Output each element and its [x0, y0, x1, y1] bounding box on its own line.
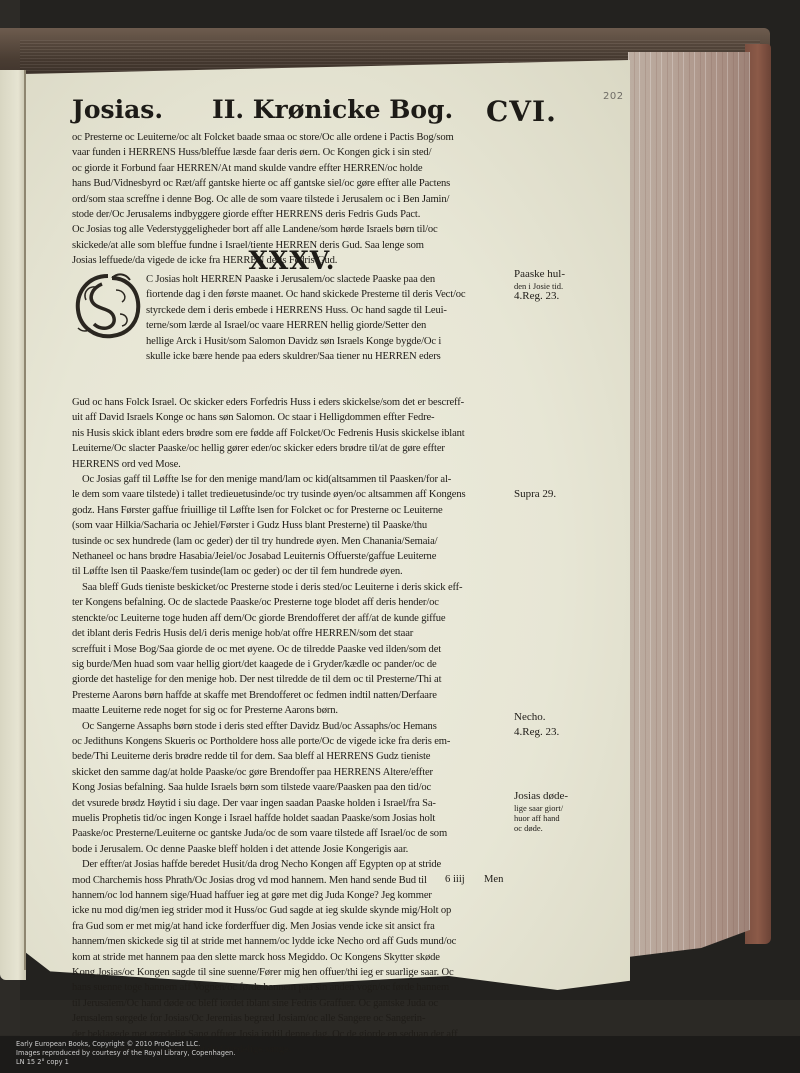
text-line: Presterne Aarons børn haffde at skaffe m… [72, 688, 512, 703]
margin-note-line: huor aff hand [514, 813, 568, 823]
text-line: terne/som lærde al Israel/oc vaare HERRE… [146, 318, 512, 333]
text-line: hans suenne toge hannem aff Vognen/oc fø… [72, 980, 512, 995]
margin-note-line: Supra 29. [514, 488, 556, 500]
text-line: giorde det hastelige for den menige hob.… [72, 672, 512, 687]
margin-note: Paaske hul-den i Josie tid. [514, 268, 565, 291]
text-line: bede/Thi Leuiterne deris brødre redde ti… [72, 749, 512, 764]
text-line: stode der/Oc Jerusalems indbyggere giord… [72, 207, 512, 222]
text-line: det vsurede brødz Høytid i siu dage. Der… [72, 796, 512, 811]
margin-note: Necho. [514, 711, 545, 723]
text-line: le dem som vaare tilstede) i tallet tred… [72, 487, 512, 502]
text-line: til Jerusalem/Oc hand døde oc bleff iord… [72, 996, 512, 1011]
footer-courtesy: Images reproduced by courtesy of the Roy… [16, 1049, 235, 1058]
text-line: Kong Josias/oc Kongen sagde til sine sue… [72, 965, 512, 980]
text-line: styrckede dem i deris embede i HERRENS H… [146, 303, 512, 318]
text-line: Kong Josias befalning. Saa hulde Israels… [72, 780, 512, 795]
signature-mark: 6 iiij [445, 874, 465, 885]
text-line: oc Presterne oc Leuiterne/oc alt Folcket… [72, 130, 512, 145]
text-line: fiortende dag i den første maanet. Oc ha… [146, 287, 512, 302]
text-line: oc Jedithuns Kongens Skueris oc Porthold… [72, 734, 512, 749]
text-line: skicket den samme dag/at holde Paaske/oc… [72, 765, 512, 780]
text-line: fra Gud som er met mig/at hand icke ford… [72, 919, 512, 934]
text-line: sig burde/Men huad som vaar hellig giort… [72, 657, 512, 672]
margin-note: Josias døde-lige saar giort/huor aff han… [514, 790, 568, 833]
chapter-body-text: Gud oc hans Folck Israel. Oc skicker ede… [72, 395, 512, 1057]
text-line: det iblant deris Fedris Husis del/i deri… [72, 626, 512, 641]
text-line: kom at stride met hannem paa den slette … [72, 950, 512, 965]
running-head-folio: CVI. [486, 95, 557, 129]
text-line: maatte Leuiterne rede noget for sig oc f… [72, 703, 512, 718]
text-line: (som vaar Hilkia/Sacharia oc Jehiel/Førs… [72, 518, 512, 533]
text-line: Der effter/at Josias haffde beredet Husi… [72, 857, 512, 872]
catchword: Men [484, 874, 503, 885]
text-line: tusinde oc sex hundrede (lam oc geder) d… [72, 534, 512, 549]
text-line: hannem/men skickede sig til at stride me… [72, 934, 512, 949]
margin-note-line: Necho. [514, 711, 545, 723]
text-line: ord/som staa screffne i denne Bog. Oc al… [72, 192, 512, 207]
text-line: hellige Arck i Husit/som Salomon Davidz … [146, 334, 512, 349]
footer-shelfmark: LN 15 2° copy 1 [16, 1058, 235, 1067]
text-line: hannem/oc lod hannem sige/Huad haffuer i… [72, 888, 512, 903]
running-head-title: II. Krønicke Bog. [212, 95, 453, 129]
text-line: oc giorde it Forbund faar HERREN/At mand… [72, 161, 512, 176]
catchline: 6 iiij Men [72, 874, 512, 889]
text-line: skulle icke bære hende paa eders skuldre… [146, 349, 512, 364]
verso-page-sliver [0, 70, 26, 980]
margin-note: Supra 29. [514, 488, 556, 500]
text-line: Oc Josias tog alle Vederstyggeligheder b… [72, 222, 512, 237]
footer-copyright: Early European Books, Copyright © 2010 P… [16, 1040, 235, 1049]
decorated-initial-icon [72, 270, 144, 342]
text-line: ter Kongens befalning. Oc de slactede Pa… [72, 595, 512, 610]
copyright-footer: Early European Books, Copyright © 2010 P… [16, 1040, 235, 1067]
text-line: C Josias holt HERREN Paaske i Jerusalem/… [146, 272, 512, 287]
text-line: uit aff David Israels Konge oc hans søn … [72, 410, 512, 425]
text-line: bode i Jerusalem. Oc denne Paaske bleff … [72, 842, 512, 857]
margin-note-line: 4.Reg. 23. [514, 290, 559, 302]
margin-note: 4.Reg. 23. [514, 290, 559, 302]
book-fore-edge [628, 52, 750, 957]
text-line: godz. Hans Førster gaffue friuillige til… [72, 503, 512, 518]
gutter [24, 70, 26, 970]
text-line: Leuiterne/Oc slacter Paaske/oc hellig gø… [72, 441, 512, 456]
chapter-opening-paragraph: C Josias holt HERREN Paaske i Jerusalem/… [146, 272, 512, 364]
text-line: stenckte/oc Leuiterne toge huden aff dem… [72, 611, 512, 626]
text-line: screffuit i Mose Bog/Saa giorde de oc me… [72, 642, 512, 657]
margin-note-line: lige saar giort/ [514, 803, 568, 813]
text-line: Jerusalem sørgede for Josias/Oc Jeremias… [72, 1011, 512, 1026]
margin-note-line: Josias døde- [514, 790, 568, 803]
text-line: Gud oc hans Folck Israel. Oc skicker ede… [72, 395, 512, 410]
text-line: til Løffte lsen til Paaske/fem tusinde(l… [72, 564, 512, 579]
margin-note-line: Paaske hul- [514, 268, 565, 281]
text-line: Saa bleff Guds tieniste beskicket/oc Pre… [72, 580, 512, 595]
margin-note: 4.Reg. 23. [514, 726, 559, 738]
text-line: Oc Josias gaff til Løffte lse for den me… [72, 472, 512, 487]
pencil-folio-number: 202 [603, 91, 624, 102]
running-head-left: Josias. [72, 95, 163, 129]
text-line: icke nu mod dig/men ieg strider mod it H… [72, 903, 512, 918]
margin-note-line: oc døde. [514, 823, 568, 833]
text-line: Nethaneel oc hans brødre Hasabia/Jeiel/o… [72, 549, 512, 564]
text-line: hans Bud/Vidnesbyrd oc Ræt/aff gantske h… [72, 176, 512, 191]
text-line: nis Husis skick iblant eders brødre som … [72, 426, 512, 441]
text-line: Oc Sangerne Assaphs børn stode i deris s… [72, 719, 512, 734]
text-line: HERRENS ord ved Mose. [72, 457, 512, 472]
margin-note-line: 4.Reg. 23. [514, 726, 559, 738]
text-line: Paaske/oc Presterne/Leuiterne oc gantske… [72, 826, 512, 841]
chapter-number: XXXV. [212, 246, 372, 275]
text-line: vaar funden i HERRENS Huss/bleffue læsde… [72, 145, 512, 160]
text-line: muelis Prophetis tid/oc ingen Konge i Is… [72, 811, 512, 826]
